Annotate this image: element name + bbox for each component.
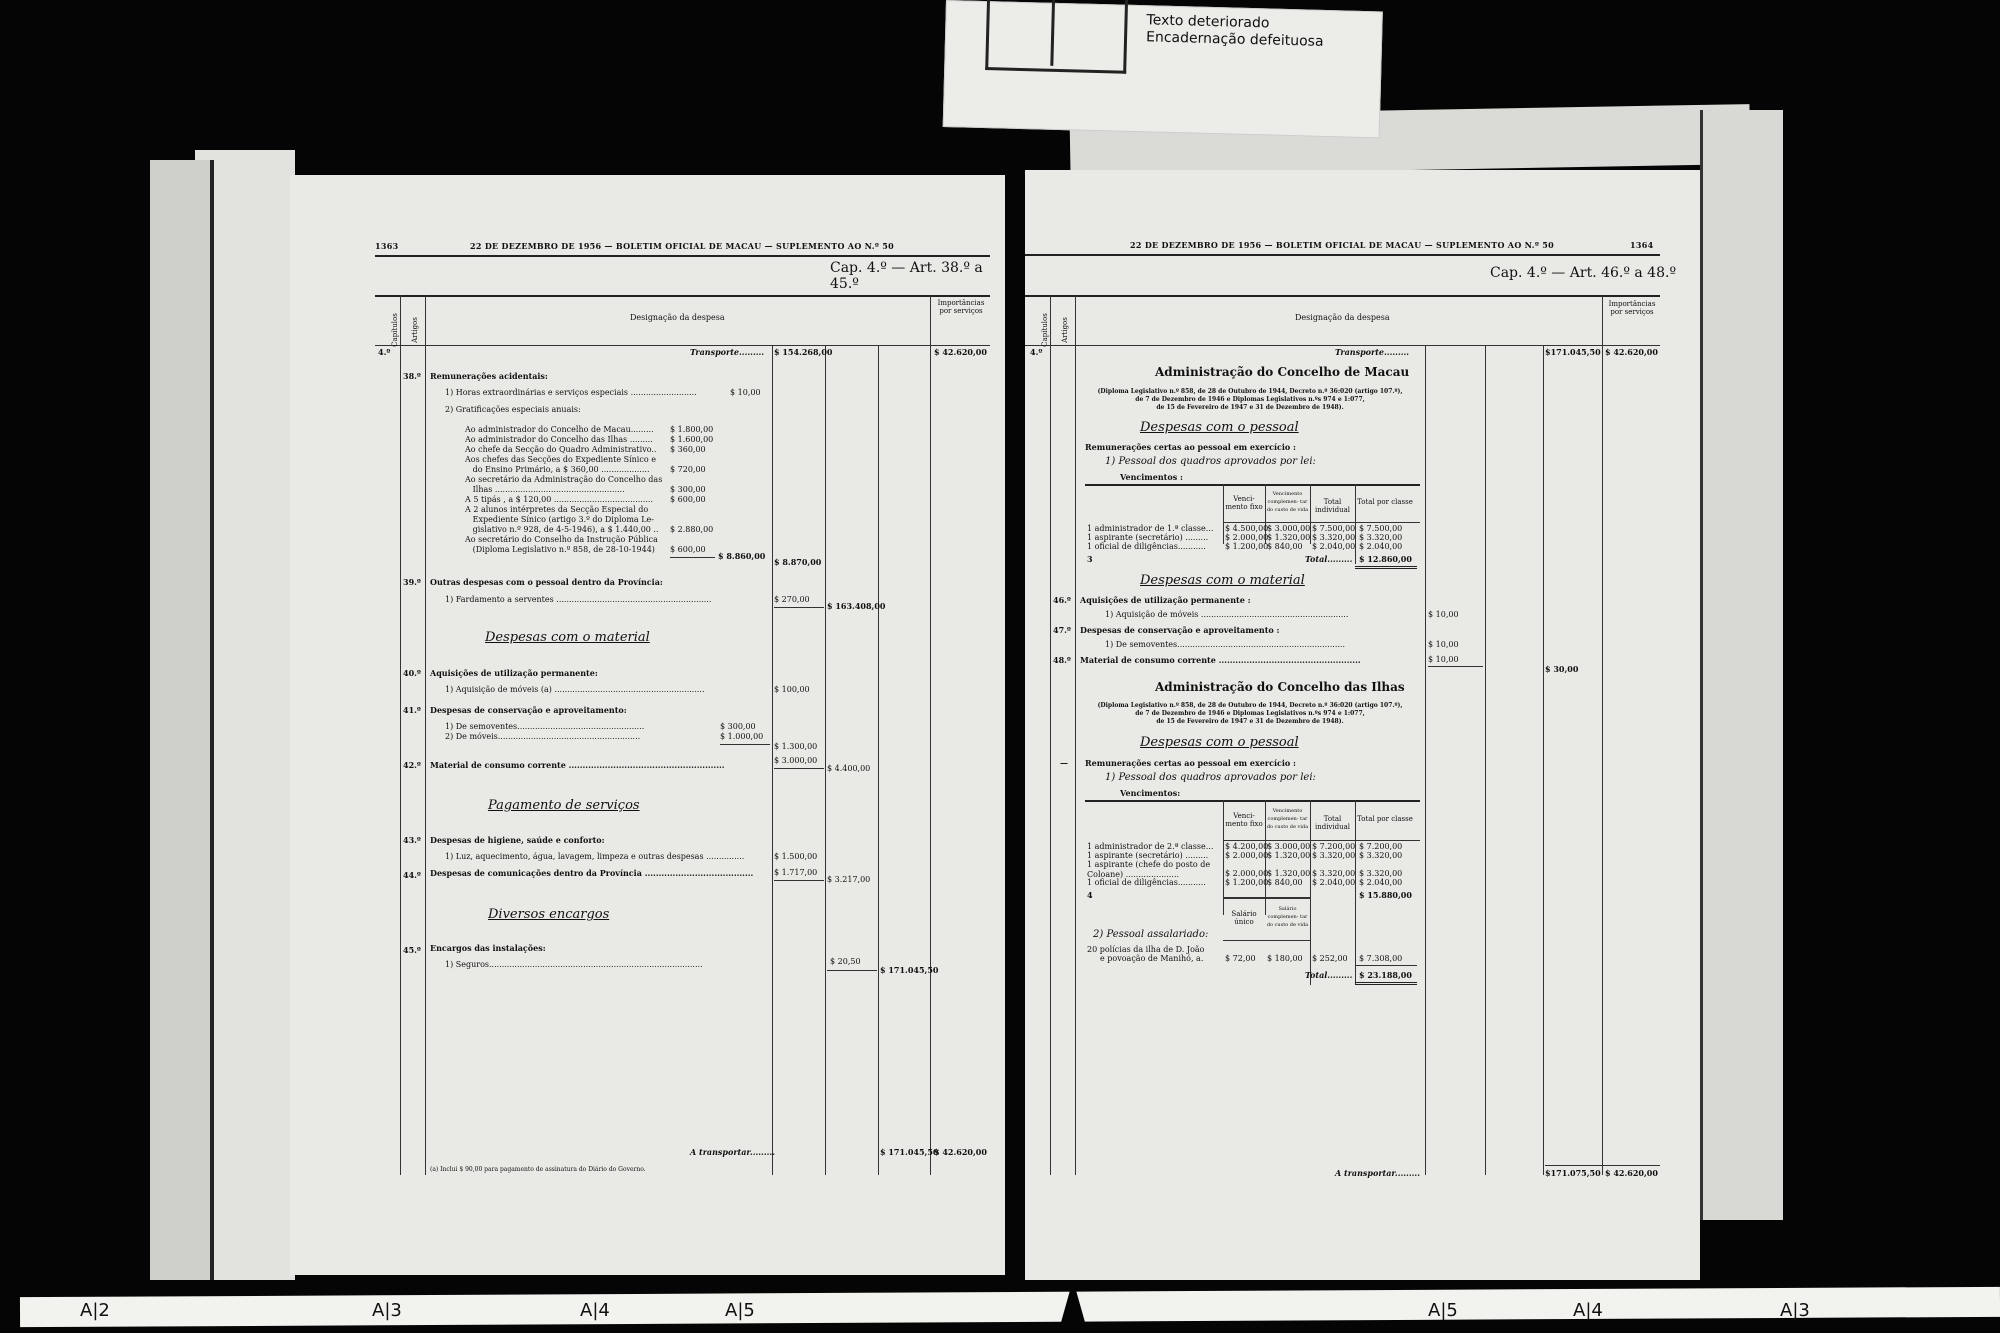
col-line <box>1485 345 1486 1175</box>
article-title: Material de consumo corrente ...........… <box>430 760 725 770</box>
item-value: $ 270,00 <box>774 595 810 605</box>
frame-marker: A|4 <box>580 1300 610 1321</box>
subsection-title: Remunerações certas ao pessoal em exercí… <box>1085 758 1296 768</box>
page-number: 1364 <box>1630 240 1653 250</box>
list-item: Ao chefe da Secção do Quadro Administrat… <box>465 445 662 455</box>
col-line <box>1223 484 1224 544</box>
condition-label-card: Texto deteriorado Encadernação defeituos… <box>943 0 1383 138</box>
item-value: $ 10,00 <box>1428 655 1459 665</box>
article-title: Remunerações acidentais: <box>430 371 548 381</box>
sum-rule <box>1428 666 1483 667</box>
footnote: (a) Inclui $ 90,00 para pagamento de ass… <box>430 1165 646 1175</box>
spacer <box>670 505 713 515</box>
article-number: 48.º <box>1053 655 1071 665</box>
cell: $ 252,00 <box>1312 954 1348 964</box>
cell: $ 7.308,00 <box>1359 954 1402 964</box>
list-item: Ilhas ..................................… <box>465 485 662 495</box>
subsection-label: Vencimentos: <box>1120 788 1180 798</box>
col-line <box>425 295 426 1175</box>
table-header: Vencimento complemen- tar do custo de vi… <box>1265 490 1310 514</box>
transporte-servicos: $ 42.620,00 <box>1605 347 1658 357</box>
section-heading: Despesas com o pessoal <box>1140 735 1299 750</box>
total-label: Total......... <box>1305 970 1352 980</box>
section-heading: Despesas com o material <box>485 630 650 645</box>
legal-line: de 15 de Fevereiro de 1947 e 31 de Dezem… <box>1080 404 1420 412</box>
page-number: 1363 <box>375 241 398 251</box>
legal-line: (Diploma Legislativo n.º 858, de 28 de O… <box>1080 388 1420 396</box>
table-rule <box>1223 840 1420 841</box>
article-total: $ 8.870,00 <box>774 557 821 567</box>
item-text: 1) Aquisição de móveis (a) .............… <box>445 685 705 695</box>
cell: $ 1.200,00 <box>1225 878 1268 888</box>
page-stack-right <box>1700 110 1783 1220</box>
a-transportar-label: A transportar......... <box>1335 1168 1420 1178</box>
table-rule <box>1223 897 1310 899</box>
item-text: 1) Seguros..............................… <box>445 960 703 970</box>
item-text: 2) De móveis............................… <box>445 732 640 742</box>
list-item: (Diploma Legislativo n.º 858, de 28-10-1… <box>465 545 662 555</box>
cell: $ 1.320,00 <box>1267 851 1310 861</box>
double-rule <box>1355 982 1417 985</box>
list-value: $ 2.880,00 <box>670 525 713 535</box>
table-rule <box>1223 940 1310 941</box>
article-number: 41.º <box>403 705 421 715</box>
damaged-book-icon <box>985 0 1128 74</box>
a-transportar-value: $171.075,50 <box>1545 1168 1601 1178</box>
right-page: 22 DE DEZEMBRO DE 1956 — BOLETIM OFICIAL… <box>1025 170 1700 1280</box>
reel-strip <box>20 1287 2000 1327</box>
col-line <box>825 345 826 1175</box>
staff-count: 4 <box>1087 890 1093 900</box>
item-value: $ 1.717,00 <box>774 868 817 878</box>
article-number: 39.º <box>403 577 421 587</box>
section-heading: Despesas com o material <box>1140 573 1305 588</box>
article-dash: — <box>1060 758 1068 768</box>
cell: $ 1.200,00 <box>1225 542 1268 552</box>
a-transportar-value: $ 171.045,50 <box>880 1147 938 1157</box>
table-header: Venci- mento fixo <box>1223 812 1265 828</box>
subsection-title: 1) Pessoal dos quadros aprovados por lei… <box>1105 773 1316 783</box>
article-title: Outras despesas com o pessoal dentro da … <box>430 577 663 587</box>
subsection-label: Vencimentos : <box>1120 472 1183 482</box>
section-heading: Despesas com o pessoal <box>1140 420 1299 435</box>
table-rule <box>1085 484 1420 486</box>
table-top-rule <box>375 295 990 297</box>
subsection-title: 2) Pessoal assalariado: <box>1093 930 1208 940</box>
col-line <box>1355 800 1356 985</box>
table-header: Salário complemen- tar do custo de vida <box>1265 905 1310 929</box>
list-value: $ 300,00 <box>670 485 713 495</box>
subtotal: $ 8.860,00 <box>718 551 765 561</box>
item-text: 1) Luz, aquecimento, água, lavagem, limp… <box>445 852 744 862</box>
frame-marker: A|3 <box>372 1300 402 1321</box>
subtotal: $ 15.880,00 <box>1359 890 1412 900</box>
article-number: 43.º <box>403 835 421 845</box>
spacer <box>670 455 713 465</box>
capitulo-number: 4.º <box>378 347 390 357</box>
frame-marker: A|4 <box>1573 1300 1603 1321</box>
sum-rule <box>827 970 877 971</box>
item-value: $ 10,00 <box>1428 610 1459 620</box>
spacer <box>670 535 713 545</box>
item-text: 1) Aquisição de móveis .................… <box>1105 610 1348 620</box>
total-value: $ 12.860,00 <box>1359 554 1412 564</box>
item-value: $ 1.000,00 <box>720 732 763 742</box>
article-number: 45.º <box>403 945 421 955</box>
section-title-macau: Administração do Concelho de Macau <box>1155 365 1409 379</box>
list-item: Ao administrador do Concelho das Ilhas .… <box>465 435 662 445</box>
running-header: 22 DE DEZEMBRO DE 1956 — BOLETIM OFICIAL… <box>470 241 894 251</box>
header-rule <box>1025 254 1660 256</box>
article-title: Encargos das instalações: <box>430 943 546 953</box>
legal-reference: (Diploma Legislativo n.º 858, de 28 de O… <box>1080 702 1420 726</box>
col-header-importancias: Importâncias por serviços <box>1604 300 1660 316</box>
sum-rule <box>774 607 824 608</box>
list-item: Aos chefes das Secções do Expediente Sín… <box>465 455 662 465</box>
chapter-range: Cap. 4.º — Art. 38.º a 45.º <box>830 260 1005 292</box>
col-line <box>1425 345 1426 1175</box>
running-header: 22 DE DEZEMBRO DE 1956 — BOLETIM OFICIAL… <box>1130 240 1554 250</box>
gratificacoes-list: Ao administrador do Concelho de Macau...… <box>465 425 662 555</box>
table-header: Total por classe <box>1355 498 1415 506</box>
cell: $ 180,00 <box>1267 954 1303 964</box>
section-heading: Diversos encargos <box>488 907 609 922</box>
article-number: 47.º <box>1053 625 1071 635</box>
binding-edge-left <box>150 160 214 1280</box>
item-value: $ 3.000,00 <box>774 756 817 766</box>
transporte-label: Transporte......... <box>690 347 764 357</box>
sum-rule <box>670 557 715 558</box>
col-header-capitulos: Capítulos <box>390 313 400 347</box>
col-line <box>1075 295 1076 1175</box>
list-item: Ao secretário do Conselho da Instrução P… <box>465 535 662 545</box>
table-rule <box>1085 800 1420 802</box>
list-value: $ 1.800,00 <box>670 425 713 435</box>
table-rule <box>1223 522 1420 523</box>
group-total: $ 4.400,00 <box>827 764 870 774</box>
a-transportar-servicos: $ 42.620,00 <box>1605 1168 1658 1178</box>
frame-marker: A|5 <box>1428 1300 1458 1321</box>
col-line <box>930 295 931 1175</box>
item-value: $ 300,00 <box>720 722 756 732</box>
staff-count: 3 <box>1087 554 1093 564</box>
cell: $ 2.000,00 <box>1225 851 1268 861</box>
item-text: 1) De semoventes........................… <box>1105 640 1345 650</box>
col-line <box>1543 345 1544 1175</box>
legal-line: de 15 de Fevereiro de 1947 e 31 de Dezem… <box>1080 718 1420 726</box>
cell-desc: 1 aspirante (chefe do posto de Coloane) … <box>1087 860 1222 880</box>
list-value: $ 360,00 <box>670 445 713 455</box>
col-header-artigos: Artigos <box>410 317 420 343</box>
frame-marker: A|5 <box>725 1300 755 1321</box>
col-header-designacao: Designação da despesa <box>1295 313 1390 323</box>
table-header: Vencimento complemen- tar do custo de vi… <box>1265 807 1310 831</box>
col-header-artigos: Artigos <box>1060 317 1070 343</box>
table-header: Venci- mento fixo <box>1223 495 1265 511</box>
cell-desc: e povoação de Manihó, a. <box>1100 954 1203 964</box>
sum-rule <box>1545 1165 1660 1166</box>
cell: $ 2.040,00 <box>1312 878 1355 888</box>
sum-rule <box>774 880 824 881</box>
cell: $ 2.040,00 <box>1359 878 1402 888</box>
a-transportar-servicos: $ 42.620,00 <box>934 1147 987 1157</box>
cell: $ 3.320,00 <box>1312 851 1355 861</box>
total-value: $ 23.188,00 <box>1359 970 1412 980</box>
cell: $ 3.320,00 <box>1359 851 1402 861</box>
table-header: Total individual <box>1310 498 1355 514</box>
cell-desc: 1 oficial de diligências........... <box>1087 878 1206 888</box>
article-number: 42.º <box>403 760 421 770</box>
item-value: $ 1.500,00 <box>774 852 817 862</box>
transporte-label: Transporte......... <box>1335 347 1409 357</box>
transporte-servicos: $ 42.620,00 <box>934 347 987 357</box>
header-rule <box>375 255 990 257</box>
spacer <box>670 475 713 485</box>
sum-rule <box>1355 965 1417 966</box>
header-bottom-rule <box>375 345 990 346</box>
list-item: gislativo n.º 928, de 4-5-1946), a $ 1.4… <box>465 525 662 535</box>
item-text: 1) Horas extraordinárias e serviços espe… <box>445 388 697 398</box>
cell: $ 2.040,00 <box>1312 542 1355 552</box>
list-value: $ 720,00 <box>670 465 713 475</box>
list-item: do Ensino Primário, a $ 360,00 .........… <box>465 465 662 475</box>
article-number: 44.º <box>403 870 421 880</box>
col-line <box>772 345 773 1175</box>
legal-line: de 7 de Dezembro de 1946 e Diplomas Legi… <box>1080 396 1420 404</box>
group-total: $ 163.408,00 <box>827 601 885 611</box>
col-header-designacao: Designação da despesa <box>630 313 725 323</box>
chapter-range: Cap. 4.º — Art. 46.º a 48.º <box>1490 265 1676 281</box>
item-value: $ 20,50 <box>830 957 861 967</box>
cell-desc: 1 oficial de diligências........... <box>1087 542 1206 552</box>
article-total: $ 1.300,00 <box>774 742 817 752</box>
list-value: $ 600,00 <box>670 495 713 505</box>
group-total: $ 30,00 <box>1545 664 1578 674</box>
table-header: Total individual <box>1310 815 1355 831</box>
col-line <box>400 295 401 1175</box>
legal-line: (Diploma Legislativo n.º 858, de 28 de O… <box>1080 702 1420 710</box>
sum-rule <box>774 768 824 769</box>
list-value: $ 600,00 <box>670 545 713 555</box>
item-text: 1) De semoventes........................… <box>445 722 644 732</box>
list-item: A 5 tipás , a $ 120,00 .................… <box>465 495 662 505</box>
list-value: $ 1.600,00 <box>670 435 713 445</box>
item-text: 1) Fardamento a serventes ..............… <box>445 595 711 605</box>
cell: $ 72,00 <box>1225 954 1256 964</box>
item-value: $ 10,00 <box>730 388 761 398</box>
group-total: $ 3.217,00 <box>827 875 870 885</box>
item-value: $ 100,00 <box>774 685 810 695</box>
section-title-ilhas: Administração do Concelho das Ilhas <box>1155 680 1405 694</box>
left-page: 1363 22 DE DEZEMBRO DE 1956 — BOLETIM OF… <box>290 175 1005 1275</box>
legal-line: de 7 de Dezembro de 1946 e Diplomas Legi… <box>1080 710 1420 718</box>
subsection-title: Remunerações certas ao pessoal em exercí… <box>1085 442 1296 452</box>
cell: $ 840,00 <box>1267 542 1303 552</box>
article-title: Material de consumo corrente ...........… <box>1080 655 1361 665</box>
legal-reference: (Diploma Legislativo n.º 858, de 28 de O… <box>1080 388 1420 412</box>
gratificacoes-values: $ 1.800,00 $ 1.600,00 $ 360,00 $ 720,00 … <box>670 425 713 555</box>
article-title: Despesas de conservação e aproveitamento… <box>430 705 627 715</box>
cell: $ 2.040,00 <box>1359 542 1402 552</box>
article-title: Despesas de comunicações dentro da Proví… <box>430 868 753 878</box>
subsection-title: 1) Pessoal dos quadros aprovados por lei… <box>1105 457 1316 467</box>
article-number: 40.º <box>403 668 421 678</box>
col-header-capitulos: Capítulos <box>1040 313 1050 347</box>
table-header: Salário único <box>1223 910 1265 926</box>
article-number: 38.º <box>403 371 421 381</box>
a-transportar-label: A transportar......... <box>690 1147 775 1157</box>
col-line <box>1050 295 1051 1175</box>
transporte-value: $171.045,50 <box>1545 347 1601 357</box>
list-item: A 2 alunos intérpretes da Secção Especia… <box>465 505 662 515</box>
list-item: Ao administrador do Concelho de Macau...… <box>465 425 662 435</box>
frame-marker: A|2 <box>80 1300 110 1321</box>
header-bottom-rule <box>1025 345 1660 346</box>
article-title: Aquisições de utilização permanente : <box>1080 595 1251 605</box>
article-title: Despesas de conservação e aproveitamento… <box>1080 625 1280 635</box>
table-header: Total por classe <box>1355 815 1415 823</box>
item-value: $ 10,00 <box>1428 640 1459 650</box>
frame-marker: A|3 <box>1780 1300 1810 1321</box>
list-item: Expediente Sínico (artigo 3.º do Diploma… <box>465 515 662 525</box>
spacer <box>670 515 713 525</box>
table-top-rule <box>1025 295 1660 297</box>
cell: $ 840,00 <box>1267 878 1303 888</box>
col-line <box>1602 295 1603 1175</box>
item-text: 2) Gratificações especiais anuais: <box>445 405 581 415</box>
total-label: Total......... <box>1305 554 1352 564</box>
capitulo-number: 4.º <box>1030 347 1042 357</box>
label-line-2: Encadernação defeituosa <box>1146 29 1324 51</box>
section-heading: Pagamento de serviços <box>488 798 640 813</box>
article-title: Aquisições de utilização permanente: <box>430 668 598 678</box>
article-title: Despesas de higiene, saúde e conforto: <box>430 835 605 845</box>
grand-total: $ 171.045,50 <box>880 965 938 975</box>
sum-rule <box>720 744 770 745</box>
col-line <box>878 345 879 1175</box>
list-item: Ao secretário da Administração do Concel… <box>465 475 662 485</box>
transporte-value: $ 154.268,00 <box>774 347 832 357</box>
double-rule <box>1355 566 1417 569</box>
article-number: 46.º <box>1053 595 1071 605</box>
col-header-importancias: Importâncias por serviços <box>932 299 990 315</box>
